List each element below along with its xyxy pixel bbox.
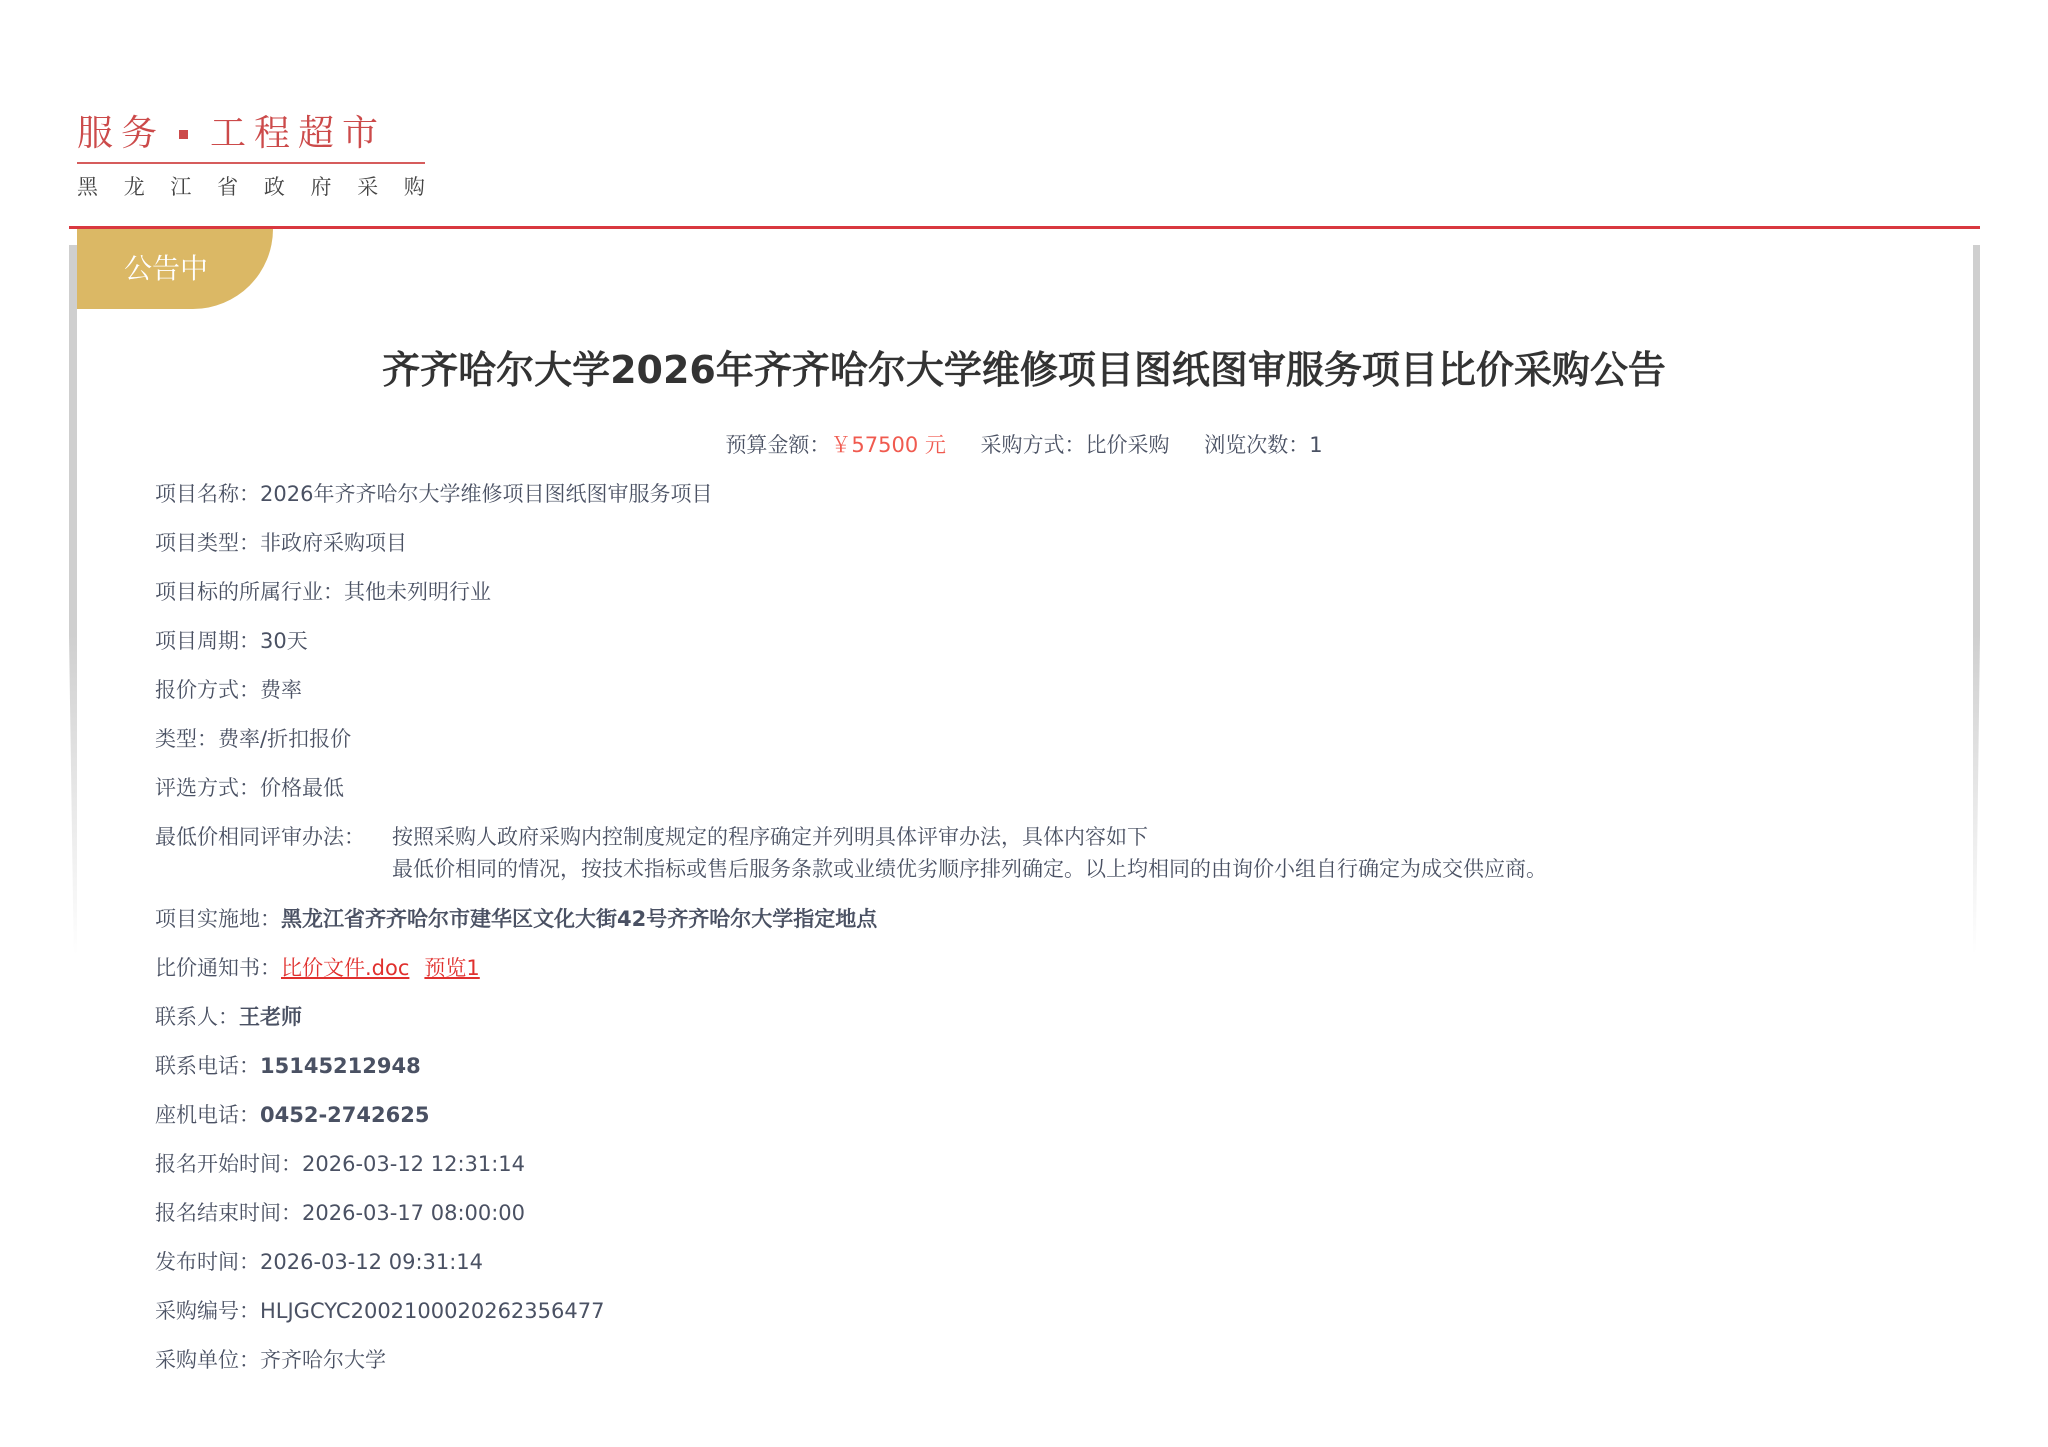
field-label: 项目标的所属行业： — [155, 576, 344, 625]
budget: 预算金额：￥57500 元 — [725, 433, 952, 457]
logo-char: 黑 — [77, 172, 98, 202]
field-value: 2026年齐齐哈尔大学维修项目图纸图审服务项目 — [260, 478, 712, 527]
logo-subtitle: 黑 龙 江 省 政 府 采 购 — [77, 172, 425, 202]
field-notice: 比价通知书： 比价文件.doc 预览1 — [155, 952, 1955, 1001]
header-divider — [69, 226, 1980, 229]
field-label: 联系电话： — [155, 1050, 260, 1099]
field-value: 30天 — [260, 625, 308, 674]
field-value: 2026-03-17 08:00:00 — [302, 1197, 525, 1246]
field-reg-end: 报名结束时间： 2026-03-17 08:00:00 — [155, 1197, 1955, 1246]
field-value: 按照采购人政府采购内控制度规定的程序确定并列明具体评审办法，具体内容如下 最低价… — [392, 821, 1547, 903]
budget-value: ￥57500 元 — [830, 433, 945, 457]
field-label: 最低价相同评审办法： — [155, 821, 392, 903]
field-publish-time: 发布时间： 2026-03-12 09:31:14 — [155, 1246, 1955, 1295]
logo-char: 省 — [217, 172, 238, 202]
field-phone: 联系电话： 15145212948 — [155, 1050, 1955, 1099]
field-value: HLJGCYC2002100020262356477 — [260, 1295, 604, 1344]
field-value: 王老师 — [239, 1001, 302, 1050]
tie-rule-line-1: 按照采购人政府采购内控制度规定的程序确定并列明具体评审办法，具体内容如下 — [392, 821, 1547, 853]
field-contact: 联系人： 王老师 — [155, 1001, 1955, 1050]
field-value: 价格最低 — [260, 772, 344, 821]
field-label: 联系人： — [155, 1001, 239, 1050]
logo-title: 服务 工程超市 — [77, 112, 427, 156]
field-label: 类型： — [155, 723, 218, 772]
detail-fields: 项目名称： 2026年齐齐哈尔大学维修项目图纸图审服务项目 项目类型： 非政府采… — [155, 478, 1955, 1393]
field-location: 项目实施地： 黑龙江省齐齐哈尔市建华区文化大街42号齐齐哈尔大学指定地点 — [155, 903, 1955, 952]
field-label: 座机电话： — [155, 1099, 260, 1148]
status-badge: 公告中 — [77, 229, 273, 309]
field-label: 比价通知书： — [155, 952, 281, 1001]
field-label: 项目类型： — [155, 527, 260, 576]
field-purchaser: 采购单位： 齐齐哈尔大学 — [155, 1344, 1955, 1393]
site-logo[interactable]: 服务 工程超市 黑 龙 江 省 政 府 采 购 — [77, 112, 427, 202]
download-doc-link[interactable]: 比价文件.doc — [281, 952, 409, 1001]
field-selection: 评选方式： 价格最低 — [155, 772, 1955, 821]
field-value: 2026-03-12 09:31:14 — [260, 1246, 483, 1295]
logo-char: 江 — [170, 172, 191, 202]
preview-link[interactable]: 预览1 — [424, 952, 479, 1001]
views-label: 浏览次数： — [1204, 433, 1309, 457]
field-value: 15145212948 — [260, 1050, 421, 1099]
logo-char: 政 — [264, 172, 285, 202]
logo-divider — [77, 162, 425, 164]
method-label: 采购方式： — [981, 433, 1086, 457]
field-label: 报名开始时间： — [155, 1148, 302, 1197]
logo-title-left: 服务 — [77, 112, 165, 156]
budget-label: 预算金额： — [725, 433, 830, 457]
page-title: 齐齐哈尔大学2026年齐齐哈尔大学维修项目图纸图审服务项目比价采购公告 — [0, 345, 2048, 395]
field-industry: 项目标的所属行业： 其他未列明行业 — [155, 576, 1955, 625]
tie-rule-line-2: 最低价相同的情况，按技术指标或售后服务条款或业绩优劣顺序排列确定。以上均相同的由… — [392, 853, 1547, 885]
field-project-type: 项目类型： 非政府采购项目 — [155, 527, 1955, 576]
field-value: 黑龙江省齐齐哈尔市建华区文化大街42号齐齐哈尔大学指定地点 — [281, 903, 877, 952]
view-count: 浏览次数：1 — [1204, 433, 1322, 457]
field-value: 0452-2742625 — [260, 1099, 429, 1148]
field-reg-start: 报名开始时间： 2026-03-12 12:31:14 — [155, 1148, 1955, 1197]
field-landline: 座机电话： 0452-2742625 — [155, 1099, 1955, 1148]
logo-title-right: 工程超市 — [210, 112, 386, 156]
field-value: 2026-03-12 12:31:14 — [302, 1148, 525, 1197]
field-value: 非政府采购项目 — [260, 527, 407, 576]
field-quote-method: 报价方式： 费率 — [155, 674, 1955, 723]
field-value: 费率 — [260, 674, 302, 723]
method-value: 比价采购 — [1086, 433, 1170, 457]
field-label: 报价方式： — [155, 674, 260, 723]
logo-dot-icon — [179, 130, 188, 139]
field-label: 项目实施地： — [155, 903, 281, 952]
field-value: 齐齐哈尔大学 — [260, 1344, 386, 1393]
field-label: 采购单位： — [155, 1344, 260, 1393]
field-project-name: 项目名称： 2026年齐齐哈尔大学维修项目图纸图审服务项目 — [155, 478, 1955, 527]
field-label: 评选方式： — [155, 772, 260, 821]
announcement-meta: 预算金额：￥57500 元 采购方式：比价采购 浏览次数：1 — [0, 429, 2048, 461]
field-tie-rule: 最低价相同评审办法： 按照采购人政府采购内控制度规定的程序确定并列明具体评审办法… — [155, 821, 1955, 903]
field-type: 类型： 费率/折扣报价 — [155, 723, 1955, 772]
logo-char: 采 — [357, 172, 378, 202]
field-value: 费率/折扣报价 — [218, 723, 351, 772]
field-label: 项目周期： — [155, 625, 260, 674]
field-label: 项目名称： — [155, 478, 260, 527]
logo-char: 购 — [404, 172, 425, 202]
field-label: 报名结束时间： — [155, 1197, 302, 1246]
views-value: 1 — [1309, 433, 1322, 457]
field-period: 项目周期： 30天 — [155, 625, 1955, 674]
logo-char: 府 — [311, 172, 332, 202]
field-label: 采购编号： — [155, 1295, 260, 1344]
field-purchase-no: 采购编号： HLJGCYC2002100020262356477 — [155, 1295, 1955, 1344]
logo-char: 龙 — [124, 172, 145, 202]
purchase-method: 采购方式：比价采购 — [981, 433, 1177, 457]
field-value: 其他未列明行业 — [344, 576, 491, 625]
field-label: 发布时间： — [155, 1246, 260, 1295]
